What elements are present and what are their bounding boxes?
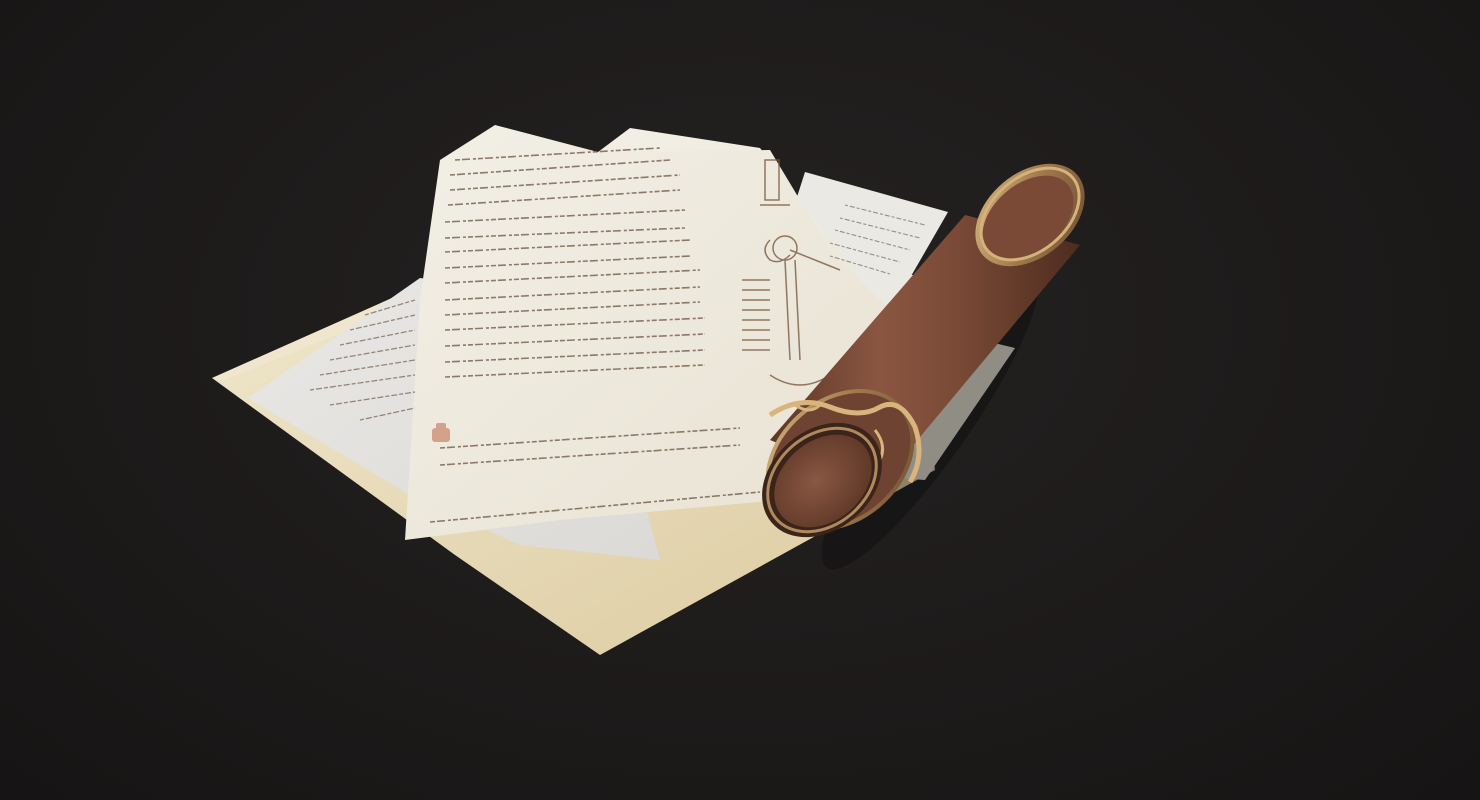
scene-canvas [0, 0, 1480, 800]
render-scene [0, 0, 1480, 800]
